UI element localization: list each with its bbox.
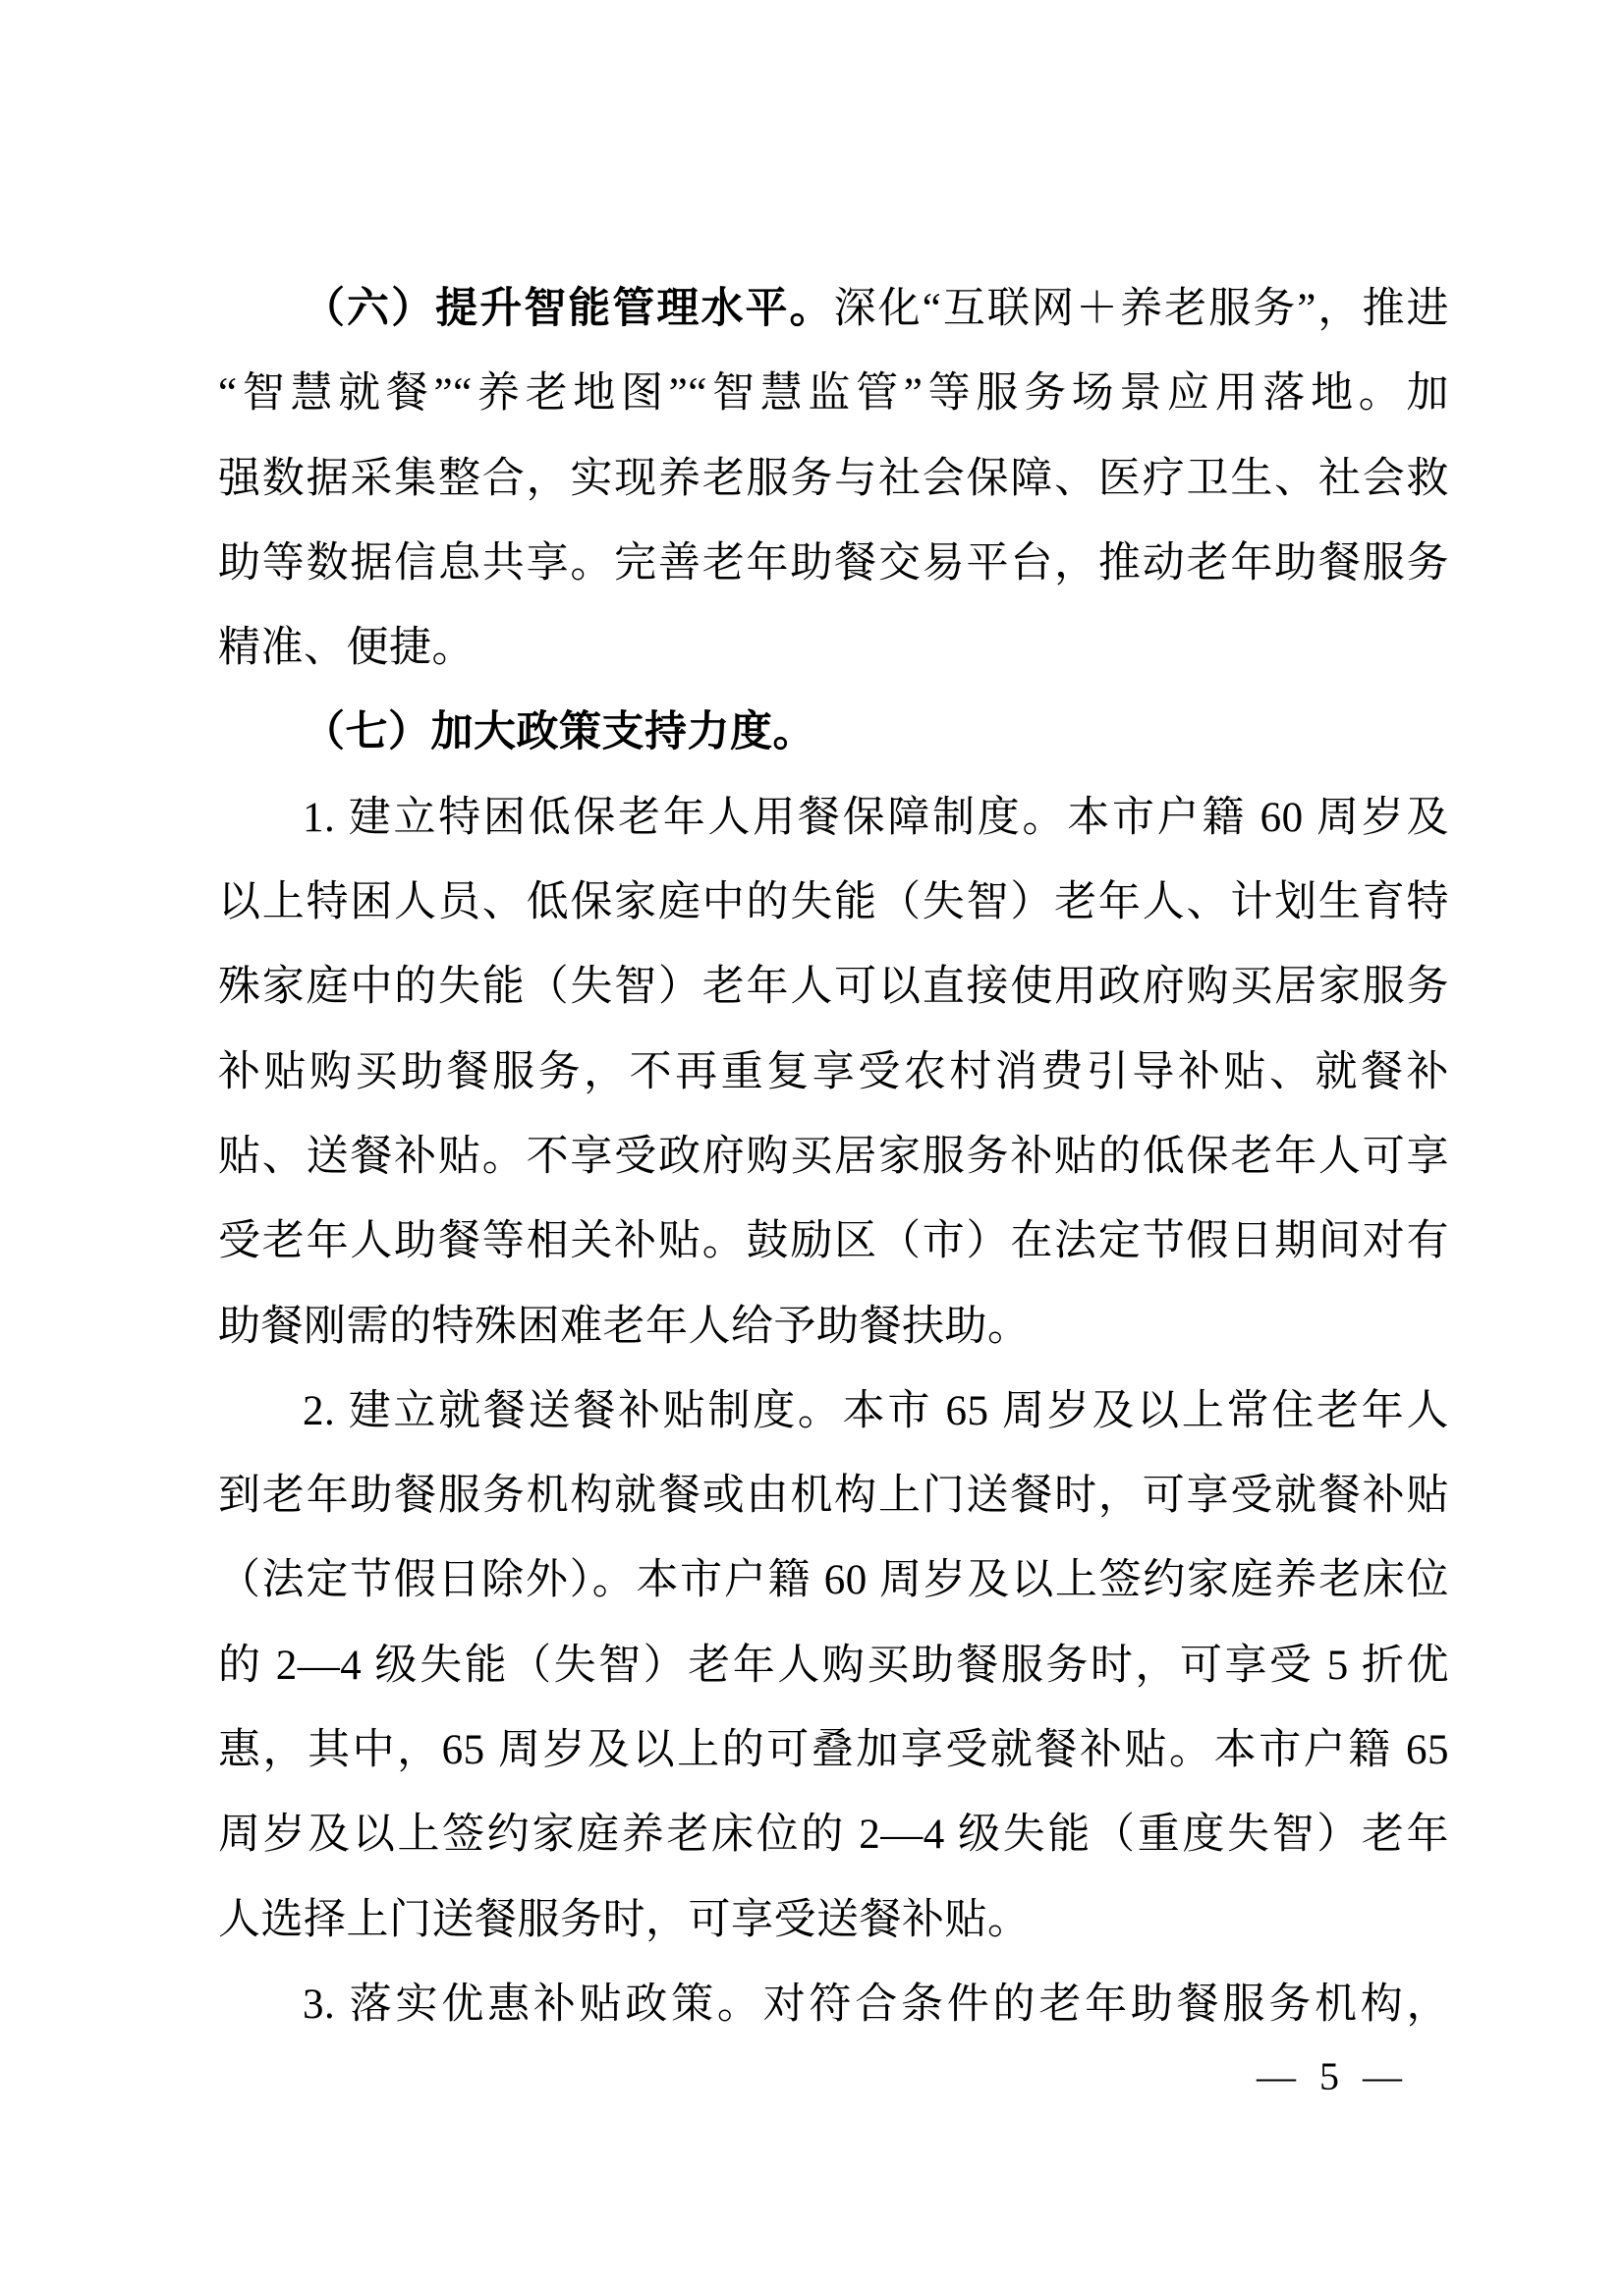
line-text-segment: 人选择上门送餐服务时，可享受送餐补贴。 xyxy=(218,1897,1031,1943)
doc-line: 周岁及以上签约家庭养老床位的 2—4 级失能（重度失智）老年 xyxy=(218,1793,1449,1877)
doc-line: 强数据采集整合，实现养老服务与社会保障、医疗卫生、社会救 xyxy=(218,437,1449,522)
doc-line: 到老年助餐服务机构就餐或由机构上门送餐时，可享受就餐补贴 xyxy=(218,1454,1449,1538)
line-text-segment: 助等数据信息共享。完善老年助餐交易平台，推动老年助餐服务 xyxy=(218,540,1449,586)
doc-line: （七）加大政策支持力度。 xyxy=(218,691,1449,775)
line-text-segment: 周岁及以上签约家庭养老床位的 2—4 级失能（重度失智）老年 xyxy=(218,1812,1449,1858)
line-text-segment: 补贴购买助餐服务，不再重复享受农村消费引导补贴、就餐补 xyxy=(218,1049,1449,1095)
doc-line: 助餐刚需的特殊困难老年人给予助餐扶助。 xyxy=(218,1285,1449,1369)
doc-line: 人选择上门送餐服务时，可享受送餐补贴。 xyxy=(218,1878,1449,1963)
line-text-segment: 精准、便捷。 xyxy=(218,625,475,671)
document-body: （六）提升智能管理水平。深化“互联网＋养老服务”，推进 “智慧就餐”“养老地图”… xyxy=(218,267,1449,2047)
line-bold-segment: （七）加大政策支持力度。 xyxy=(303,709,815,755)
doc-line: 1. 建立特困低保老年人用餐保障制度。本市户籍 60 周岁及 xyxy=(218,776,1449,861)
line-text-segment: 强数据采集整合，实现养老服务与社会保障、医疗卫生、社会救 xyxy=(218,456,1449,502)
doc-line: 贴、送餐补贴。不享受政府购买居家服务补贴的低保老年人可享 xyxy=(218,1115,1449,1200)
line-text-segment: 以上特困人员、低保家庭中的失能（失智）老年人、计划生育特 xyxy=(218,879,1449,925)
line-text-segment: 2. 建立就餐送餐补贴制度。本市 65 周岁及以上常住老年人 xyxy=(303,1388,1449,1434)
line-text-segment: 的 2—4 级失能（失智）老年人购买助餐服务时，可享受 5 折优 xyxy=(218,1643,1449,1689)
doc-line: 惠，其中，65 周岁及以上的可叠加享受就餐补贴。本市户籍 65 xyxy=(218,1708,1449,1793)
doc-line: 助等数据信息共享。完善老年助餐交易平台，推动老年助餐服务 xyxy=(218,522,1449,606)
page-number: — 5 — xyxy=(1257,2049,1402,2104)
doc-line: 受老年人助餐等相关补贴。鼓励区（市）在法定节假日期间对有 xyxy=(218,1200,1449,1284)
line-text-segment: 1. 建立特困低保老年人用餐保障制度。本市户籍 60 周岁及 xyxy=(303,795,1449,841)
line-text-segment: 受老年人助餐等相关补贴。鼓励区（市）在法定节假日期间对有 xyxy=(218,1218,1449,1264)
doc-line: 补贴购买助餐服务，不再重复享受农村消费引导补贴、就餐补 xyxy=(218,1031,1449,1115)
doc-line: 2. 建立就餐送餐补贴制度。本市 65 周岁及以上常住老年人 xyxy=(218,1369,1449,1454)
line-text-segment: 殊家庭中的失能（失智）老年人可以直接使用政府购买居家服务 xyxy=(218,964,1449,1010)
line-bold-segment: （六）提升智能管理水平。 xyxy=(303,286,834,332)
line-text-segment: 贴、送餐补贴。不享受政府购买居家服务补贴的低保老年人可享 xyxy=(218,1134,1449,1180)
doc-line: （六）提升智能管理水平。深化“互联网＋养老服务”，推进 xyxy=(218,267,1449,352)
doc-line: 3. 落实优惠补贴政策。对符合条件的老年助餐服务机构， xyxy=(218,1963,1449,2047)
doc-line: 以上特困人员、低保家庭中的失能（失智）老年人、计划生育特 xyxy=(218,861,1449,945)
doc-line: 殊家庭中的失能（失智）老年人可以直接使用政府购买居家服务 xyxy=(218,945,1449,1030)
doc-line: 精准、便捷。 xyxy=(218,606,1449,691)
doc-line: （法定节假日除外）。本市户籍 60 周岁及以上签约家庭养老床位 xyxy=(218,1538,1449,1623)
line-text-segment: “智慧就餐”“养老地图”“智慧监管”等服务场景应用落地。加 xyxy=(218,370,1449,417)
doc-line: “智慧就餐”“养老地图”“智慧监管”等服务场景应用落地。加 xyxy=(218,352,1449,436)
document-page: { "document": { "lines": [ { "bold": "（六… xyxy=(0,0,1624,2290)
line-text-segment: 助餐刚需的特殊困难老年人给予助餐扶助。 xyxy=(218,1304,1031,1350)
line-text-segment: 惠，其中，65 周岁及以上的可叠加享受就餐补贴。本市户籍 65 xyxy=(218,1727,1449,1773)
line-text-segment: （法定节假日除外）。本市户籍 60 周岁及以上签约家庭养老床位 xyxy=(218,1557,1449,1603)
line-text-segment: 深化“互联网＋养老服务”，推进 xyxy=(834,286,1449,332)
doc-line: 的 2—4 级失能（失智）老年人购买助餐服务时，可享受 5 折优 xyxy=(218,1624,1449,1708)
line-text-segment: 到老年助餐服务机构就餐或由机构上门送餐时，可享受就餐补贴 xyxy=(218,1473,1449,1519)
line-text-segment: 3. 落实优惠补贴政策。对符合条件的老年助餐服务机构， xyxy=(303,1982,1449,2028)
